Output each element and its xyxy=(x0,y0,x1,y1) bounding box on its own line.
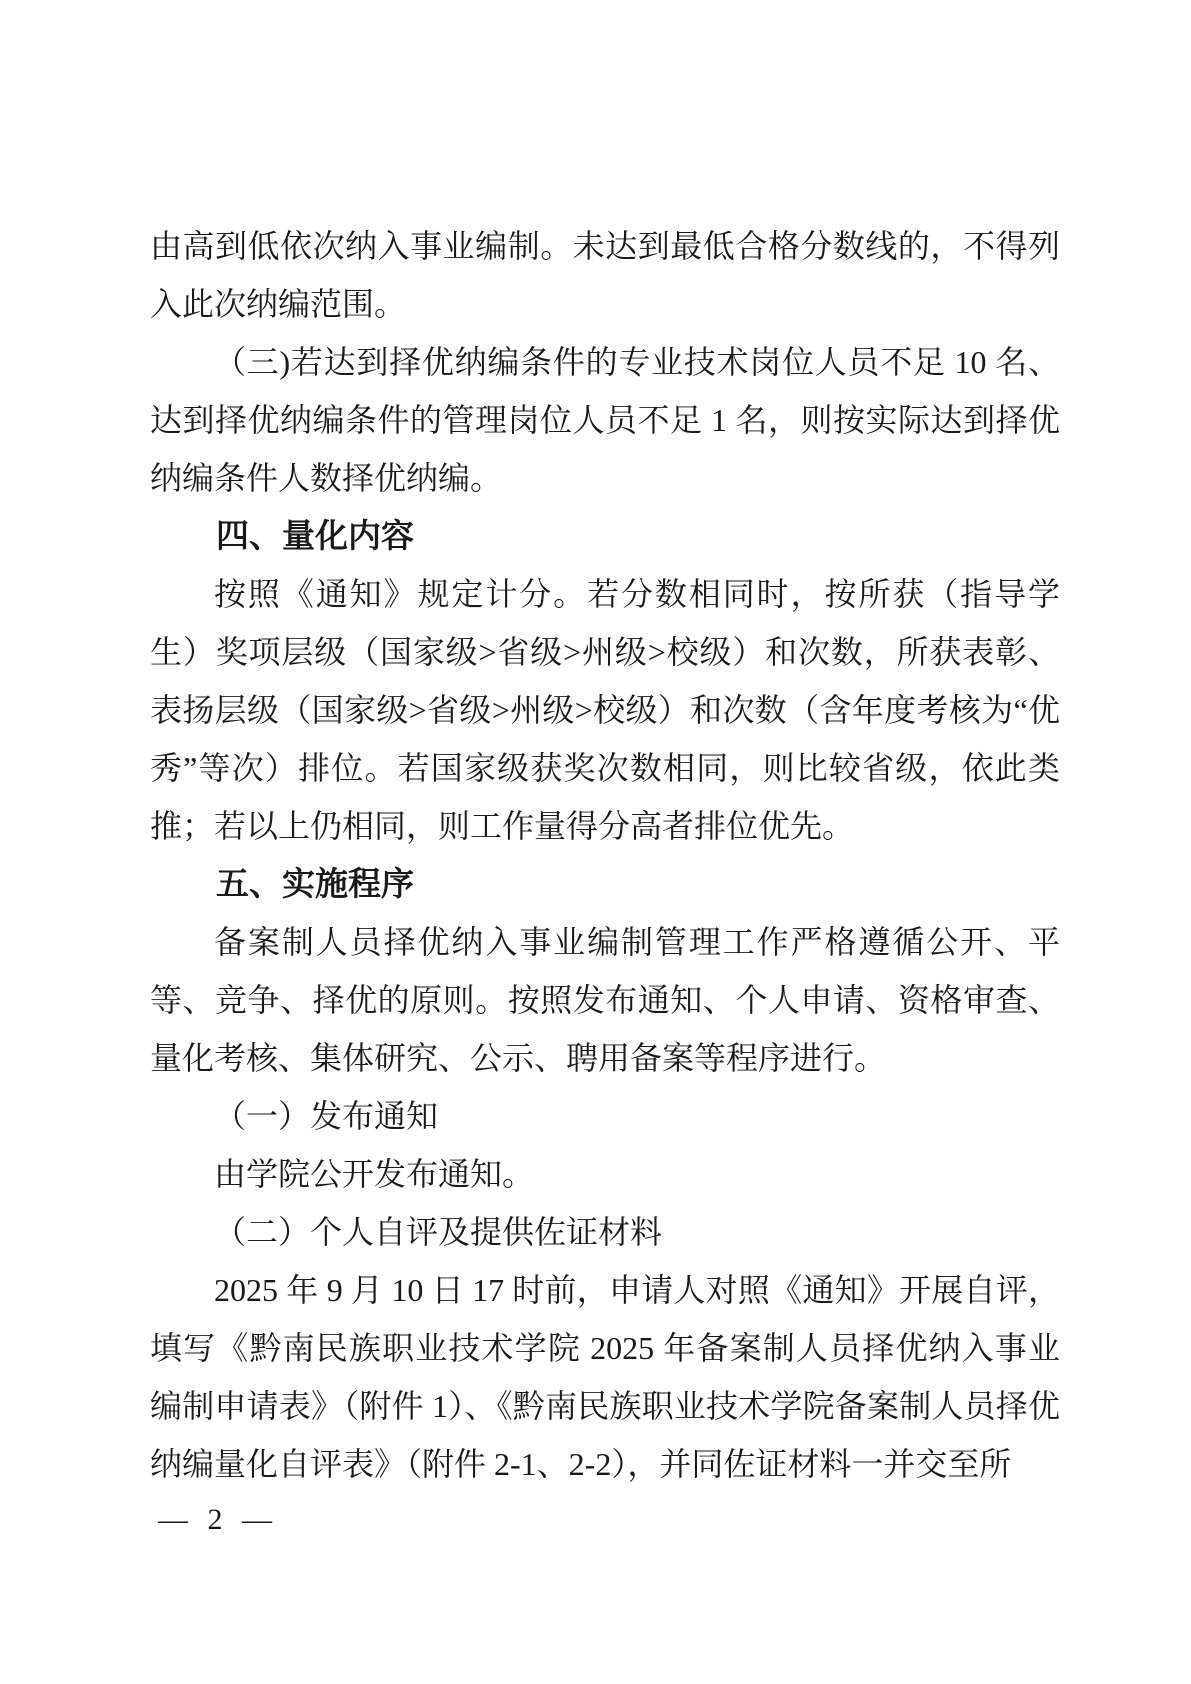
page-body: 由高到低依次纳入事业编制。未达到最低合格分数线的，不得列入此次纳编范围。 （三)… xyxy=(150,217,1060,1493)
paragraph-publish-notice: 由学院公开发布通知。 xyxy=(150,1145,1060,1203)
paragraph-item-three: （三)若达到择优纳编条件的专业技术岗位人员不足 10 名、达到择优纳编条件的管理… xyxy=(150,333,1060,507)
paragraph-quantification: 按照《通知》规定计分。若分数相同时，按所获（指导学生）奖项层级（国家级>省级>州… xyxy=(150,565,1060,855)
section-heading-five: 五、实施程序 xyxy=(150,855,1060,913)
subsection-heading-one: （一）发布通知 xyxy=(150,1087,1060,1145)
paragraph-continuation: 由高到低依次纳入事业编制。未达到最低合格分数线的，不得列入此次纳编范围。 xyxy=(150,217,1060,333)
subsection-heading-two: （二）个人自评及提供佐证材料 xyxy=(150,1203,1060,1261)
section-heading-four: 四、量化内容 xyxy=(150,507,1060,565)
paragraph-procedure: 备案制人员择优纳入事业编制管理工作严格遵循公开、平等、竞争、择优的原则。按照发布… xyxy=(150,913,1060,1087)
document-page: 由高到低依次纳入事业编制。未达到最低合格分数线的，不得列入此次纳编范围。 （三)… xyxy=(0,0,1191,1684)
page-number: — 2 — xyxy=(158,1498,278,1542)
paragraph-self-evaluation: 2025 年 9 月 10 日 17 时前，申请人对照《通知》开展自评，填写《黔… xyxy=(150,1261,1060,1493)
